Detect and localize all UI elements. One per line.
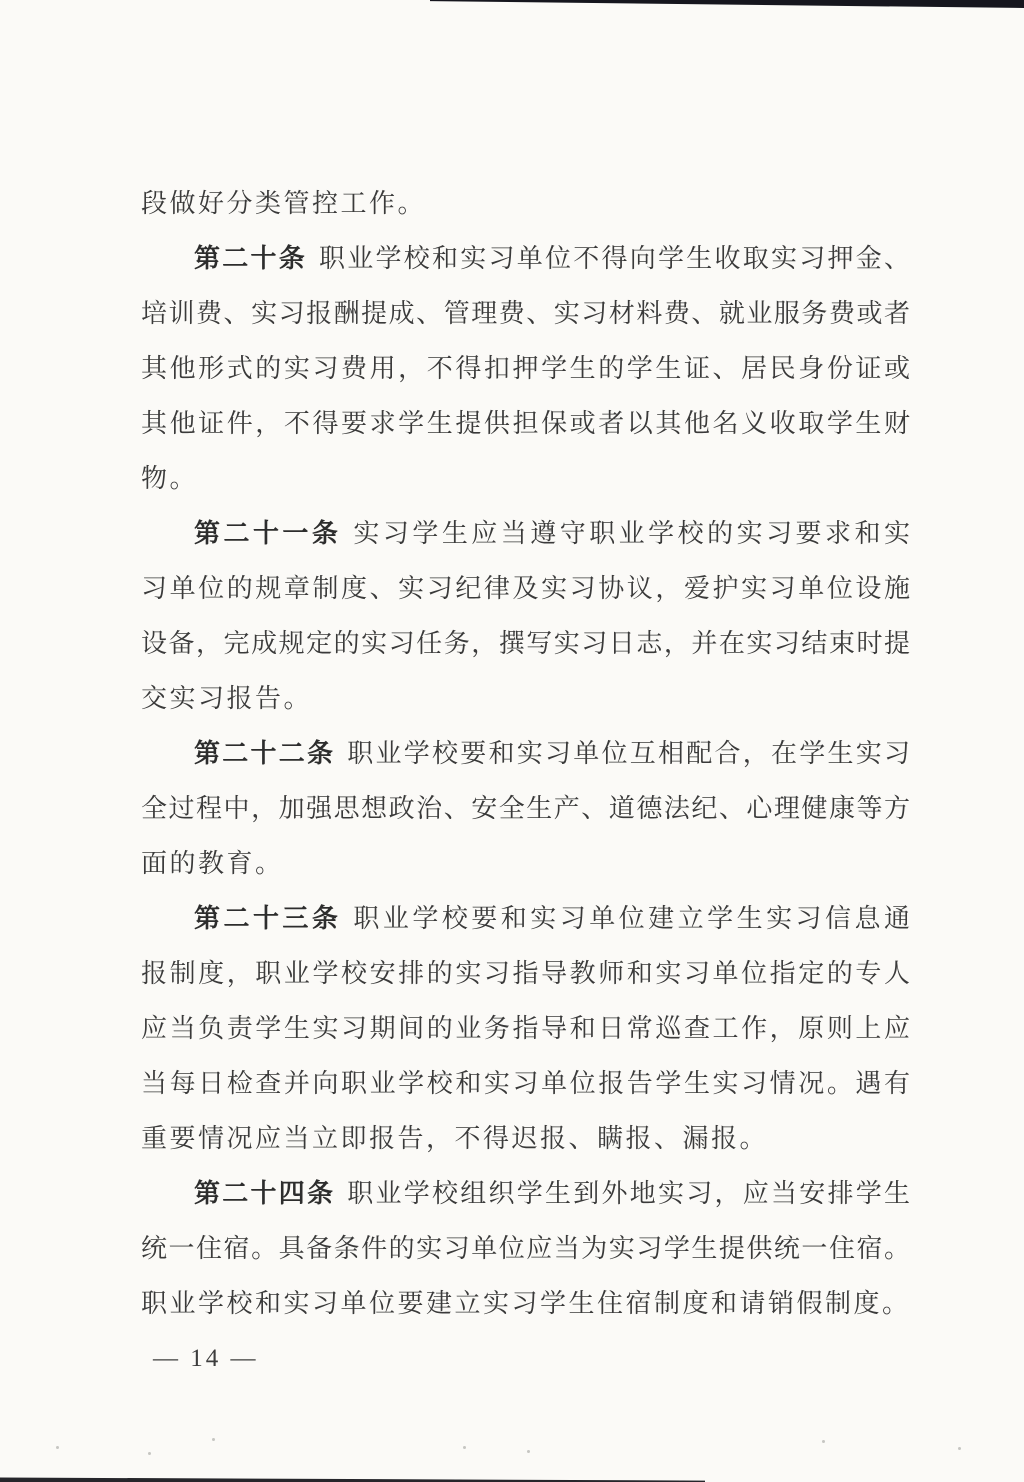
- article-20-heading: 第二十条: [194, 244, 307, 273]
- article-23-heading: 第二十三条: [194, 904, 341, 933]
- text-line: 物。: [141, 451, 911, 506]
- scan-speckle: [463, 1446, 466, 1449]
- text-line: 交实习报告。: [141, 671, 911, 726]
- text-line-content: 职业学校组织学生到外地实习，应当安排学生: [347, 1179, 911, 1208]
- scan-speckle: [822, 1440, 825, 1443]
- text-line: 全过程中，加强思想政治、安全生产、道德法纪、心理健康等方: [141, 781, 911, 836]
- text-line: 其他形式的实习费用，不得扣押学生的学生证、居民身份证或: [141, 341, 911, 396]
- scan-edge-top-artifact: [430, 0, 1024, 8]
- article-21-heading: 第二十一条: [194, 519, 341, 548]
- paragraph-article-23: 第二十三条职业学校要和实习单位建立学生实习信息通 报制度，职业学校安排的实习指导…: [141, 891, 911, 1166]
- text-line: 统一住宿。具备条件的实习单位应当为实习学生提供统一住宿。: [141, 1221, 911, 1276]
- text-line: 面的教育。: [141, 836, 911, 891]
- text-line: 当每日检查并向职业学校和实习单位报告学生实习情况。遇有: [141, 1056, 911, 1111]
- text-line: 第二十四条职业学校组织学生到外地实习，应当安排学生: [141, 1166, 911, 1221]
- paragraph-article-24: 第二十四条职业学校组织学生到外地实习，应当安排学生 统一住宿。具备条件的实习单位…: [141, 1166, 911, 1331]
- text-line-content: 职业学校要和实习单位建立学生实习信息通: [353, 904, 911, 933]
- text-line: 习单位的规章制度、实习纪律及实习协议，爱护实习单位设施: [141, 561, 911, 616]
- text-line: 第二十二条职业学校要和实习单位互相配合，在学生实习: [141, 726, 911, 781]
- text-line: 重要情况应当立即报告，不得迟报、瞒报、漏报。: [141, 1111, 911, 1166]
- scan-speckle: [958, 1447, 961, 1450]
- text-line-content: 职业学校要和实习单位互相配合，在学生实习: [347, 739, 911, 768]
- text-line: 培训费、实习报酬提成、管理费、实习材料费、就业服务费或者: [141, 286, 911, 341]
- text-line: 第二十条职业学校和实习单位不得向学生收取实习押金、: [141, 231, 911, 286]
- document-body: 段做好分类管控工作。 第二十条职业学校和实习单位不得向学生收取实习押金、 培训费…: [141, 176, 911, 1386]
- scan-speckle: [212, 1438, 215, 1441]
- scan-edge-bottom-artifact: [0, 1477, 705, 1482]
- scan-speckle: [56, 1446, 59, 1449]
- text-line: 第二十三条职业学校要和实习单位建立学生实习信息通: [141, 891, 911, 946]
- scan-speckle: [527, 1450, 530, 1453]
- document-page: 段做好分类管控工作。 第二十条职业学校和实习单位不得向学生收取实习押金、 培训费…: [0, 0, 1024, 1482]
- text-line-content: 实习学生应当遵守职业学校的实习要求和实: [353, 519, 911, 548]
- text-line: 第二十一条实习学生应当遵守职业学校的实习要求和实: [141, 506, 911, 561]
- article-24-heading: 第二十四条: [194, 1179, 335, 1208]
- article-22-heading: 第二十二条: [194, 739, 335, 768]
- text-line: 报制度，职业学校安排的实习指导教师和实习单位指定的专人: [141, 946, 911, 1001]
- paragraph-article-21: 第二十一条实习学生应当遵守职业学校的实习要求和实 习单位的规章制度、实习纪律及实…: [141, 506, 911, 726]
- page-number: — 14 —: [141, 1331, 911, 1386]
- paragraph-article-20: 第二十条职业学校和实习单位不得向学生收取实习押金、 培训费、实习报酬提成、管理费…: [141, 231, 911, 506]
- text-line: 应当负责学生实习期间的业务指导和日常巡查工作，原则上应: [141, 1001, 911, 1056]
- text-line-content: 职业学校和实习单位不得向学生收取实习押金、: [319, 244, 911, 273]
- paragraph-article-22: 第二十二条职业学校要和实习单位互相配合，在学生实习 全过程中，加强思想政治、安全…: [141, 726, 911, 891]
- paragraph-continuation: 段做好分类管控工作。: [141, 176, 911, 231]
- text-line: 其他证件，不得要求学生提供担保或者以其他名义收取学生财: [141, 396, 911, 451]
- text-line: 职业学校和实习单位要建立实习学生住宿制度和请销假制度。: [141, 1276, 911, 1331]
- text-line: 设备，完成规定的实习任务，撰写实习日志，并在实习结束时提: [141, 616, 911, 671]
- text-line: 段做好分类管控工作。: [141, 176, 911, 231]
- scan-speckle: [148, 1452, 151, 1455]
